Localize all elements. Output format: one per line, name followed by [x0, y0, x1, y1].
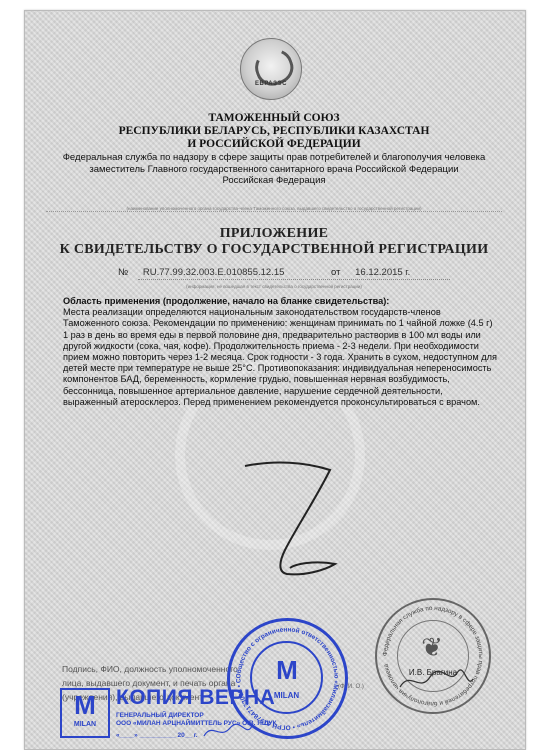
- official-seal: Федеральная служба по надзору в сфере за…: [375, 598, 491, 714]
- number-underline: [138, 279, 450, 280]
- application-area-heading: Область применения (продолжение, начало …: [63, 296, 498, 408]
- emblem-label: ЕВРАЗЭС: [241, 81, 301, 87]
- copy-signature: [200, 720, 270, 742]
- agency-line: заместитель Главного государственного са…: [24, 164, 524, 176]
- number-label: №: [118, 267, 128, 278]
- date-label: от: [331, 267, 340, 278]
- agency-line: Российская Федерация: [24, 175, 524, 187]
- agency-line: Федеральная служба по надзору в сфере за…: [24, 152, 524, 164]
- area-heading: Область применения (продолжение, начало …: [63, 296, 498, 307]
- certificate-number: RU.77.99.32.003.E.010855.12.15: [143, 267, 285, 278]
- certificate-number-line: № RU.77.99.32.003.E.010855.12.15 от 16.1…: [118, 267, 410, 278]
- union-line: ТАМОЖЕННЫЙ СОЮЗ: [24, 112, 524, 125]
- union-line: РЕСПУБЛИКИ БЕЛАРУСЬ, РЕСПУБЛИКИ КАЗАХСТА…: [24, 125, 524, 138]
- certificate-date: 16.12.2015 г.: [355, 267, 410, 278]
- annex-title: ПРИЛОЖЕНИЕ К СВИДЕТЕЛЬСТВУ О ГОСУДАРСТВЕ…: [24, 226, 524, 258]
- copy-position: ГЕНЕРАЛЬНЫЙ ДИРЕКТОР: [116, 712, 204, 719]
- annex-title-line2: К СВИДЕТЕЛЬСТВУ О ГОСУДАРСТВЕННОЙ РЕГИСТ…: [24, 242, 524, 258]
- issuing-agency: Федеральная служба по надзору в сфере за…: [24, 152, 524, 187]
- signature-label-line: Подпись, ФИО, должность уполномоченного: [62, 662, 238, 676]
- union-line: И РОССИЙСКОЙ ФЕДЕРАЦИИ: [24, 138, 524, 151]
- union-title: ТАМОЖЕННЫЙ СОЮЗ РЕСПУБЛИКИ БЕЛАРУСЬ, РЕС…: [24, 112, 524, 151]
- eaeu-emblem-icon: ЕВРАЗЭС: [240, 38, 302, 100]
- double-headed-eagle-icon: ❦: [417, 630, 447, 664]
- copy-logo-brand: MILAN: [62, 720, 108, 730]
- official-signature: [395, 665, 475, 695]
- milan-logo-icon: M MILAN: [60, 688, 110, 738]
- certified-copy-stamp: M MILAN КОПИЯ ВЕРНА ГЕНЕРАЛЬНЫЙ ДИРЕКТОР…: [60, 688, 320, 744]
- number-caption: (информация, не вошедшая в текст свидете…: [46, 284, 502, 289]
- milan-logo-icon: M: [274, 657, 300, 683]
- area-paragraph: Места реализации определяются национальн…: [63, 307, 498, 408]
- copy-title: КОПИЯ ВЕРНА: [116, 686, 275, 710]
- annex-title-line1: ПРИЛОЖЕНИЕ: [24, 226, 524, 242]
- copy-logo-letter: M: [62, 690, 108, 720]
- authority-caption: (наименование уполномоченного органа гос…: [46, 206, 502, 212]
- copy-date: «____» __________ 20__ г.: [116, 732, 198, 739]
- z-line-signature: [235, 460, 345, 580]
